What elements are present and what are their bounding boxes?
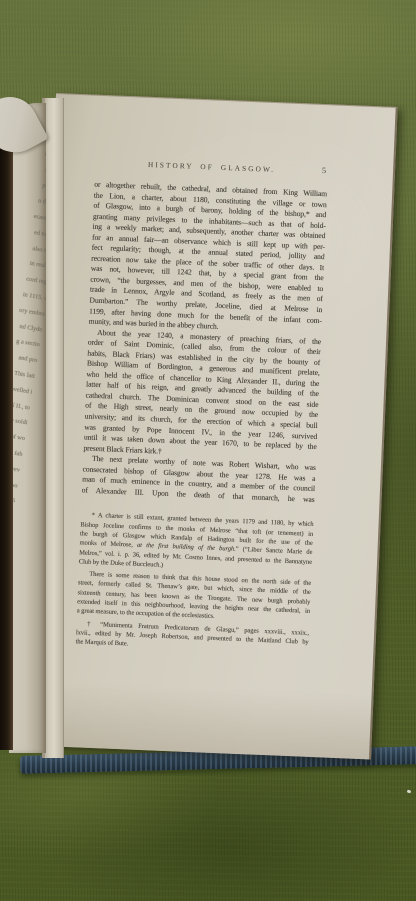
dust-speck [407, 789, 412, 793]
book-page-verso-edge: tail of wh the revers ty and m pertainin… [9, 103, 46, 753]
footnote-dagger: † “Munimenta Fratrum Predicatorum de Gla… [75, 619, 309, 656]
verso-ghost-text-column: tail of wh the revers ty and m pertainin… [9, 121, 46, 744]
book-board-left-edge [0, 128, 13, 750]
footnotes: * A charter is still extant, granted bet… [75, 511, 313, 657]
footnote-asterisk: * A charter is still extant, granted bet… [79, 511, 314, 576]
text-segment: monks of Melrose, [79, 540, 137, 549]
book-page-recto: HISTORY OF GLASGOW. 5 or altogether rebu… [29, 93, 397, 759]
page-header: HISTORY OF GLASGOW. 5 [95, 158, 328, 177]
running-title: HISTORY OF GLASGOW. [95, 158, 328, 177]
footnote-continuation: There is some reason to think that this … [77, 570, 312, 626]
page-number: 5 [322, 166, 326, 175]
photo-of-open-book-on-green-fabric: HISTORY OF GLASGOW. 5 or altogether rebu… [0, 0, 416, 901]
body-text: or altogether rebuilt, the cathedral, an… [75, 180, 327, 657]
